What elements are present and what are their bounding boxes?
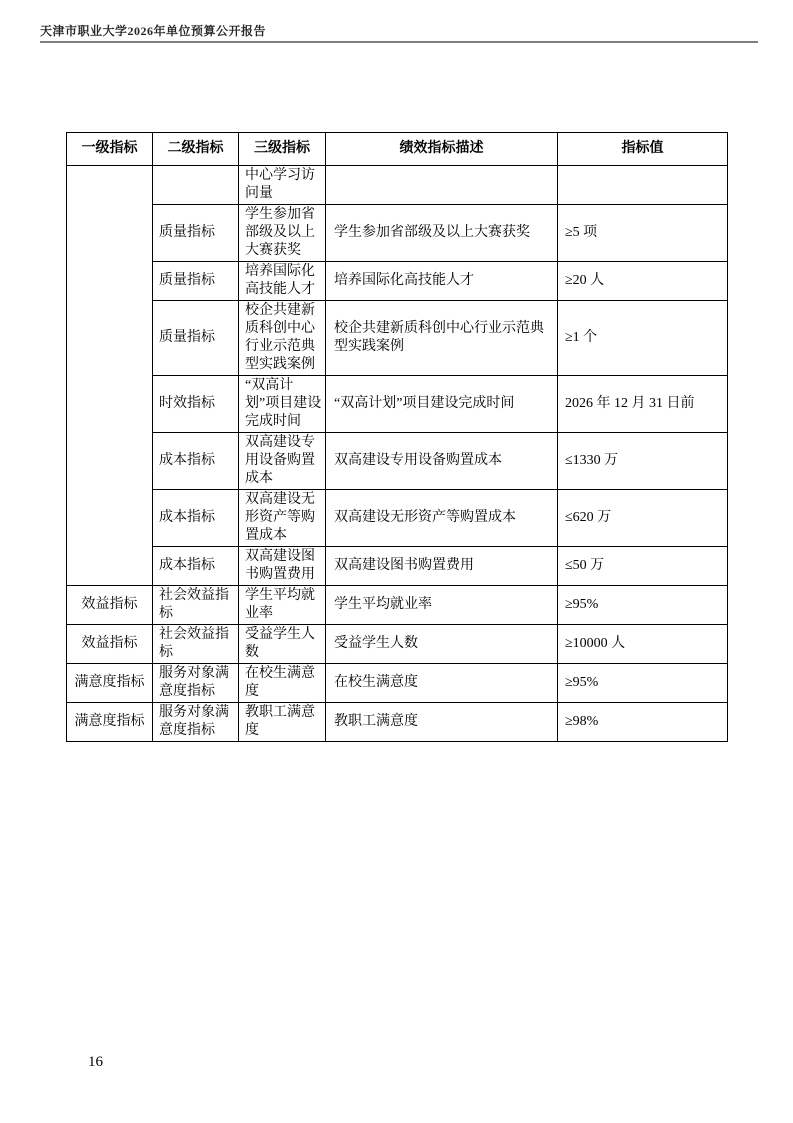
cell-value: ≤50 万 [558, 547, 728, 586]
table-row: 满意度指标 服务对象满意度指标 教职工满意度 教职工满意度 ≥98% [67, 703, 728, 742]
cell-value: ≥98% [558, 703, 728, 742]
cell-value: ≥5 项 [558, 205, 728, 262]
table-row: 成本指标 双高建设无形资产等购置成本 双高建设无形资产等购置成本 ≤620 万 [67, 490, 728, 547]
cell-level2-indicator: 质量指标 [153, 205, 239, 262]
cell-value: ≥95% [558, 664, 728, 703]
table-row: 质量指标 培养国际化高技能人才 培养国际化高技能人才 ≥20 人 [67, 262, 728, 301]
cell-description: 校企共建新质科创中心行业示范典型实践案例 [326, 301, 558, 376]
table-header-row: 一级指标 二级指标 三级指标 绩效指标描述 指标值 [67, 133, 728, 166]
cell-level3-indicator: 受益学生人数 [239, 625, 326, 664]
cell-level3-indicator: 双高建设专用设备购置成本 [239, 433, 326, 490]
table-row: 效益指标 社会效益指标 受益学生人数 受益学生人数 ≥10000 人 [67, 625, 728, 664]
cell-level3-indicator: 校企共建新质科创中心行业示范典型实践案例 [239, 301, 326, 376]
cell-level1-indicator [67, 166, 153, 586]
cell-value: ≤1330 万 [558, 433, 728, 490]
cell-description: 在校生满意度 [326, 664, 558, 703]
cell-level3-indicator: 教职工满意度 [239, 703, 326, 742]
cell-level2-indicator: 社会效益指标 [153, 586, 239, 625]
cell-level2-indicator: 服务对象满意度指标 [153, 664, 239, 703]
performance-indicator-table: 一级指标 二级指标 三级指标 绩效指标描述 指标值 中心学习访问量 质量指标 学… [66, 132, 728, 742]
cell-value: ≥95% [558, 586, 728, 625]
table-row: 成本指标 双高建设专用设备购置成本 双高建设专用设备购置成本 ≤1330 万 [67, 433, 728, 490]
cell-value: ≤620 万 [558, 490, 728, 547]
col-header-level1-indicator: 一级指标 [67, 133, 153, 166]
cell-level2-indicator: 服务对象满意度指标 [153, 703, 239, 742]
document-page: 天津市职业大学2026年单位预算公开报告 一级指标 二级指标 三级指标 绩效指标… [0, 0, 793, 1123]
table-row: 质量指标 校企共建新质科创中心行业示范典型实践案例 校企共建新质科创中心行业示范… [67, 301, 728, 376]
cell-level2-indicator: 社会效益指标 [153, 625, 239, 664]
cell-description [326, 166, 558, 205]
cell-level3-indicator: 双高建设无形资产等购置成本 [239, 490, 326, 547]
table-row: 效益指标 社会效益指标 学生平均就业率 学生平均就业率 ≥95% [67, 586, 728, 625]
cell-description: 双高建设图书购置费用 [326, 547, 558, 586]
cell-description: 教职工满意度 [326, 703, 558, 742]
cell-level1-indicator: 满意度指标 [67, 703, 153, 742]
cell-level3-indicator: 双高建设图书购置费用 [239, 547, 326, 586]
col-header-level3-indicator: 三级指标 [239, 133, 326, 166]
cell-value: ≥1 个 [558, 301, 728, 376]
cell-value: 2026 年 12 月 31 日前 [558, 376, 728, 433]
cell-description: “双高计划”项目建设完成时间 [326, 376, 558, 433]
cell-level2-indicator: 质量指标 [153, 301, 239, 376]
cell-level1-indicator: 效益指标 [67, 625, 153, 664]
table-row: 成本指标 双高建设图书购置费用 双高建设图书购置费用 ≤50 万 [67, 547, 728, 586]
cell-level3-indicator: 学生参加省部级及以上大赛获奖 [239, 205, 326, 262]
cell-level2-indicator: 质量指标 [153, 262, 239, 301]
cell-value: ≥20 人 [558, 262, 728, 301]
cell-level2-indicator: 成本指标 [153, 433, 239, 490]
col-header-value: 指标值 [558, 133, 728, 166]
cell-level2-indicator: 时效指标 [153, 376, 239, 433]
table-row: 质量指标 学生参加省部级及以上大赛获奖 学生参加省部级及以上大赛获奖 ≥5 项 [67, 205, 728, 262]
table-row: 中心学习访问量 [67, 166, 728, 205]
cell-description: 双高建设无形资产等购置成本 [326, 490, 558, 547]
col-header-description: 绩效指标描述 [326, 133, 558, 166]
cell-description: 学生参加省部级及以上大赛获奖 [326, 205, 558, 262]
table-row: 满意度指标 服务对象满意度指标 在校生满意度 在校生满意度 ≥95% [67, 664, 728, 703]
cell-level1-indicator: 满意度指标 [67, 664, 153, 703]
cell-description: 学生平均就业率 [326, 586, 558, 625]
document-header-title: 天津市职业大学2026年单位预算公开报告 [40, 22, 266, 39]
cell-level3-indicator: 中心学习访问量 [239, 166, 326, 205]
cell-level3-indicator: 培养国际化高技能人才 [239, 262, 326, 301]
cell-description: 双高建设专用设备购置成本 [326, 433, 558, 490]
cell-level2-indicator: 成本指标 [153, 547, 239, 586]
cell-value [558, 166, 728, 205]
cell-value: ≥10000 人 [558, 625, 728, 664]
table-row: 时效指标 “双高计划”项目建设完成时间 “双高计划”项目建设完成时间 2026 … [67, 376, 728, 433]
cell-level3-indicator: 在校生满意度 [239, 664, 326, 703]
header-rule [40, 41, 758, 43]
cell-level1-indicator: 效益指标 [67, 586, 153, 625]
cell-level2-indicator [153, 166, 239, 205]
cell-level2-indicator: 成本指标 [153, 490, 239, 547]
cell-description: 培养国际化高技能人才 [326, 262, 558, 301]
col-header-level2-indicator: 二级指标 [153, 133, 239, 166]
cell-description: 受益学生人数 [326, 625, 558, 664]
cell-level3-indicator: 学生平均就业率 [239, 586, 326, 625]
cell-level3-indicator: “双高计划”项目建设完成时间 [239, 376, 326, 433]
page-number: 16 [88, 1054, 103, 1071]
